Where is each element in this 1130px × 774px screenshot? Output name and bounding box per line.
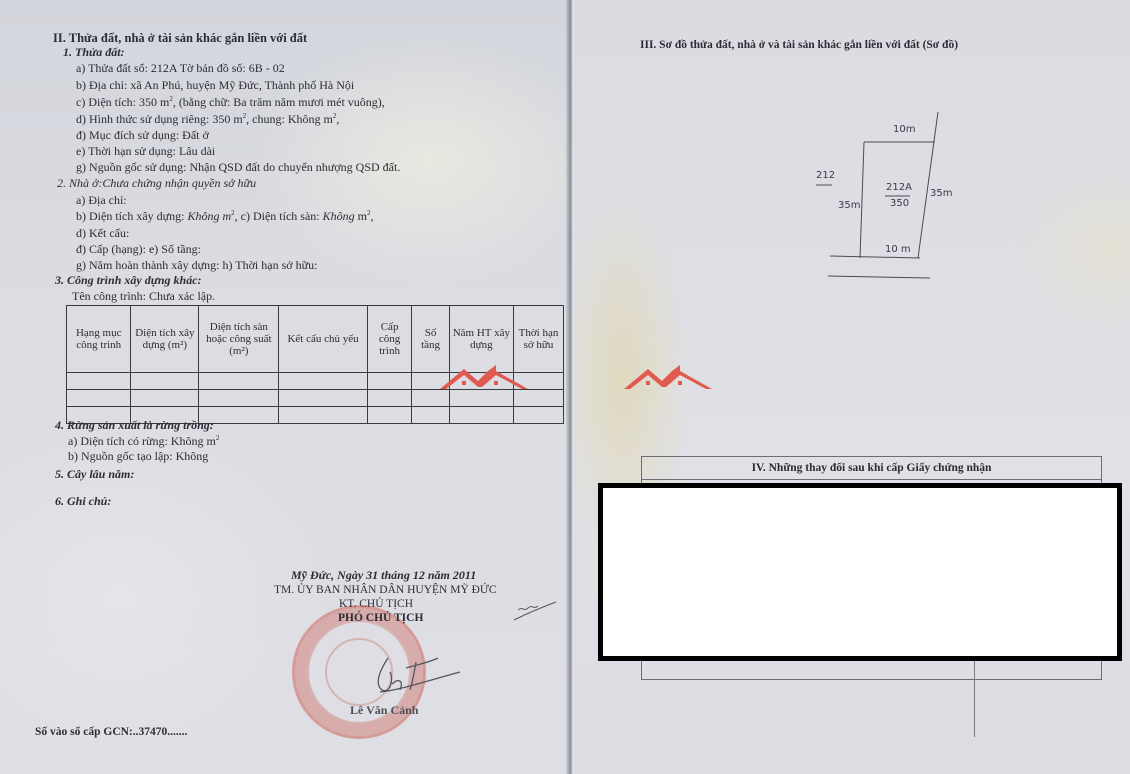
table-cell xyxy=(367,407,412,424)
house-address: a) Địa chỉ: xyxy=(76,193,127,207)
section-4-header: IV. Những thay đổi sau khi cấp Giấy chứn… xyxy=(642,457,1101,480)
section-3-title: III. Sơ đồ thửa đất, nhà ở và tài sản kh… xyxy=(640,38,958,52)
left-edge-label: 35m xyxy=(838,200,860,211)
house-logo-icon xyxy=(622,363,714,389)
table-header-cell: Kết cấu chủ yếu xyxy=(279,306,367,373)
initials-scribble-icon xyxy=(510,596,560,626)
left-page: II. Thửa đất, nhà ở tài sản khác gắn liề… xyxy=(0,0,572,774)
sub4-title: 4. Rừng sản xuất là rừng trồng: xyxy=(55,418,214,432)
place-date: Mỹ Đức, Ngày 31 tháng 12 năm 2011 xyxy=(291,568,476,582)
table-cell xyxy=(279,407,367,424)
table-cell xyxy=(279,390,367,407)
signature-scribble-icon xyxy=(360,650,470,700)
neighbor-parcel-label: 212 xyxy=(816,170,835,181)
address: b) Địa chỉ: xã An Phú, huyện Mỹ Đức, Thà… xyxy=(76,78,354,92)
section-2-title: II. Thửa đất, nhà ở tài sản khác gắn liề… xyxy=(53,31,307,45)
page-fold xyxy=(566,0,576,774)
parcel-id-label: 212A xyxy=(886,182,912,193)
signer-role-2: PHÓ CHỦ TỊCH xyxy=(338,611,423,625)
parcel-number: a) Thửa đất số: 212A Tờ bản đồ số: 6B - … xyxy=(76,61,285,75)
section-4-title: IV. Những thay đổi sau khi cấp Giấy chứn… xyxy=(642,462,1101,474)
construction-name: Tên công trình: Chưa xác lập. xyxy=(72,289,215,303)
table-header-cell: Hạng mục công trình xyxy=(67,306,131,373)
house-structure: d) Kết cấu: xyxy=(76,226,129,240)
table-cell xyxy=(67,373,131,390)
table-row xyxy=(67,390,564,407)
table-cell xyxy=(67,390,131,407)
table-cell xyxy=(131,373,199,390)
usage-form: d) Hình thức sử dụng riêng: 350 m2, chun… xyxy=(76,112,339,126)
table-cell xyxy=(367,390,412,407)
table-cell xyxy=(279,373,367,390)
sub2-title: 2. Nhà ở:Chưa chứng nhận quyền sở hữu xyxy=(57,176,256,190)
sub3-title: 3. Công trình xây dựng khác: xyxy=(55,273,202,287)
usage-origin: g) Nguồn gốc sử dụng: Nhận QSD đất do ch… xyxy=(76,160,400,174)
registry-number: Số vào sổ cấp GCN:..37470....... xyxy=(35,725,187,739)
sub6-title: 6. Ghi chú: xyxy=(55,494,111,508)
issuing-org: TM. ỦY BAN NHÂN DÂN HUYỆN MỸ ĐỨC xyxy=(274,583,497,597)
table-cell xyxy=(449,390,513,407)
sub5-title: 5. Cây lâu năm: xyxy=(55,467,134,481)
usage-term: e) Thời hạn sử dụng: Lâu dài xyxy=(76,144,215,158)
bottom-edge-label: 10 m xyxy=(885,244,911,255)
parcel-sketch: 10m 212 212A 350 35m 35m 10 m xyxy=(790,110,990,290)
table-cell xyxy=(513,407,563,424)
sub1-title: 1. Thửa đất: xyxy=(63,45,125,59)
table-cell xyxy=(199,373,279,390)
table-cell xyxy=(367,373,412,390)
area: c) Diện tích: 350 m2, (bằng chữ: Ba trăm… xyxy=(76,95,385,109)
table-cell xyxy=(449,407,513,424)
house-logo-icon xyxy=(438,363,530,389)
forest-area: a) Diện tích có rừng: Không m2 xyxy=(68,434,219,448)
table-header-cell: Diện tích xây dựng (m²) xyxy=(131,306,199,373)
usage-purpose: đ) Mục đích sử dụng: Đất ở xyxy=(76,128,209,142)
table-cell xyxy=(199,390,279,407)
table-header-cell: Diện tích sàn hoặc công suất (m²) xyxy=(199,306,279,373)
signer-role-1: KT. CHỦ TỊCH xyxy=(339,597,413,611)
table-header-cell: Cấp công trình xyxy=(367,306,412,373)
right-edge-label: 35m xyxy=(930,188,952,199)
house-completion: g) Năm hoàn thành xây dựng: h) Thời hạn … xyxy=(76,258,317,272)
redaction-box xyxy=(598,483,1122,661)
table-cell xyxy=(412,407,449,424)
parcel-area-label: 350 xyxy=(890,198,909,209)
house-grade: đ) Cấp (hạng): e) Số tầng: xyxy=(76,242,201,256)
house-area: b) Diện tích xây dựng: Không m2, c) Diện… xyxy=(76,209,374,223)
forest-origin: b) Nguồn gốc tạo lập: Không xyxy=(68,449,208,463)
signer-name: Lê Văn Cảnh xyxy=(350,703,418,717)
table-cell xyxy=(131,390,199,407)
table-cell xyxy=(513,390,563,407)
top-edge-label: 10m xyxy=(893,124,915,135)
table-cell xyxy=(412,390,449,407)
